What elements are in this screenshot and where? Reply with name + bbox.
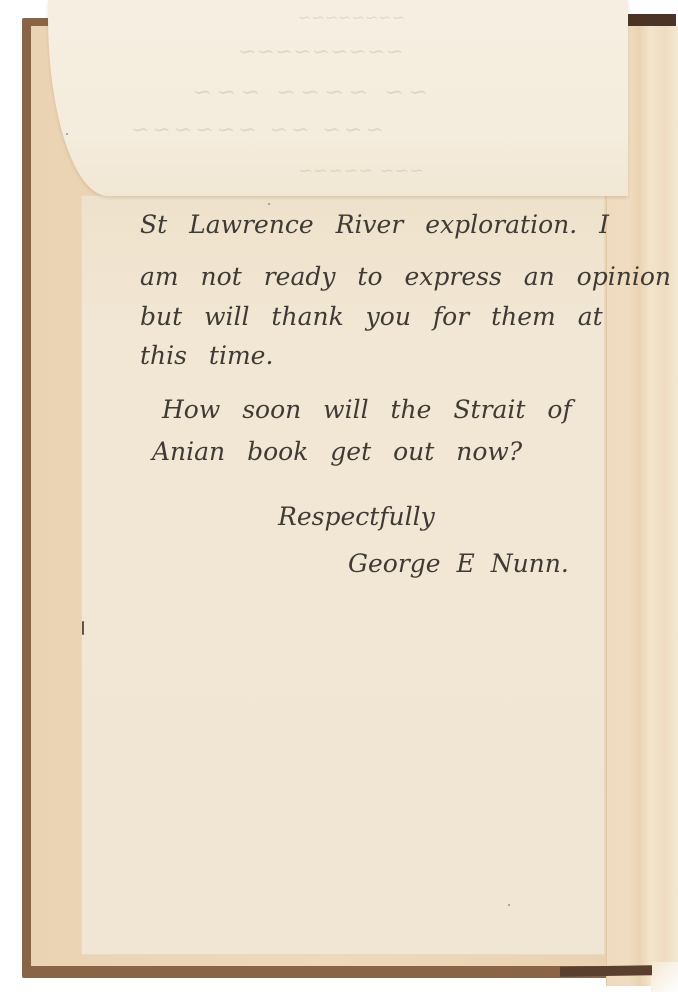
photograph-scene: ~~~~~~~~ ~~~~~~~~~ ~~ ~~~~ ~~~ ~~~ ~~ ~~… — [0, 0, 678, 1000]
paper-speck — [66, 133, 68, 135]
letter-signature: George E Nunn. — [348, 549, 569, 578]
letter-body-line: this time. — [140, 341, 273, 370]
letter-body-line: am not ready to express an opinion — [140, 262, 671, 291]
cover-spine-bottom — [560, 965, 652, 977]
letter-body-line: St Lawrence River exploration. I — [140, 210, 609, 239]
letter-body-line: Anian book get out now? — [152, 437, 522, 466]
flap-ghost-line: ~~~ ~~~~~ — [298, 160, 424, 181]
folded-flap: ~~~~~~~~ ~~~~~~~~~ ~~ ~~~~ ~~~ ~~~ ~~ ~~… — [48, 0, 628, 196]
paper-speck — [268, 203, 270, 205]
letter-closing: Respectfully — [278, 502, 435, 531]
paper-speck — [508, 904, 510, 906]
flap-ghost-line: ~~ ~~~~ ~~~ — [188, 78, 428, 106]
margin-mark — [82, 621, 84, 635]
flap-ghost-line: ~~~ ~~ ~~~~~~ — [128, 118, 384, 143]
flap-ghost-line: ~~~~~~~~ — [298, 8, 405, 27]
letter-body-line: but will thank you for them at — [140, 302, 603, 331]
flap-ghost-line: ~~~~~~~~~ — [238, 40, 404, 65]
letter-body-line: How soon will the Strait of — [162, 395, 572, 424]
